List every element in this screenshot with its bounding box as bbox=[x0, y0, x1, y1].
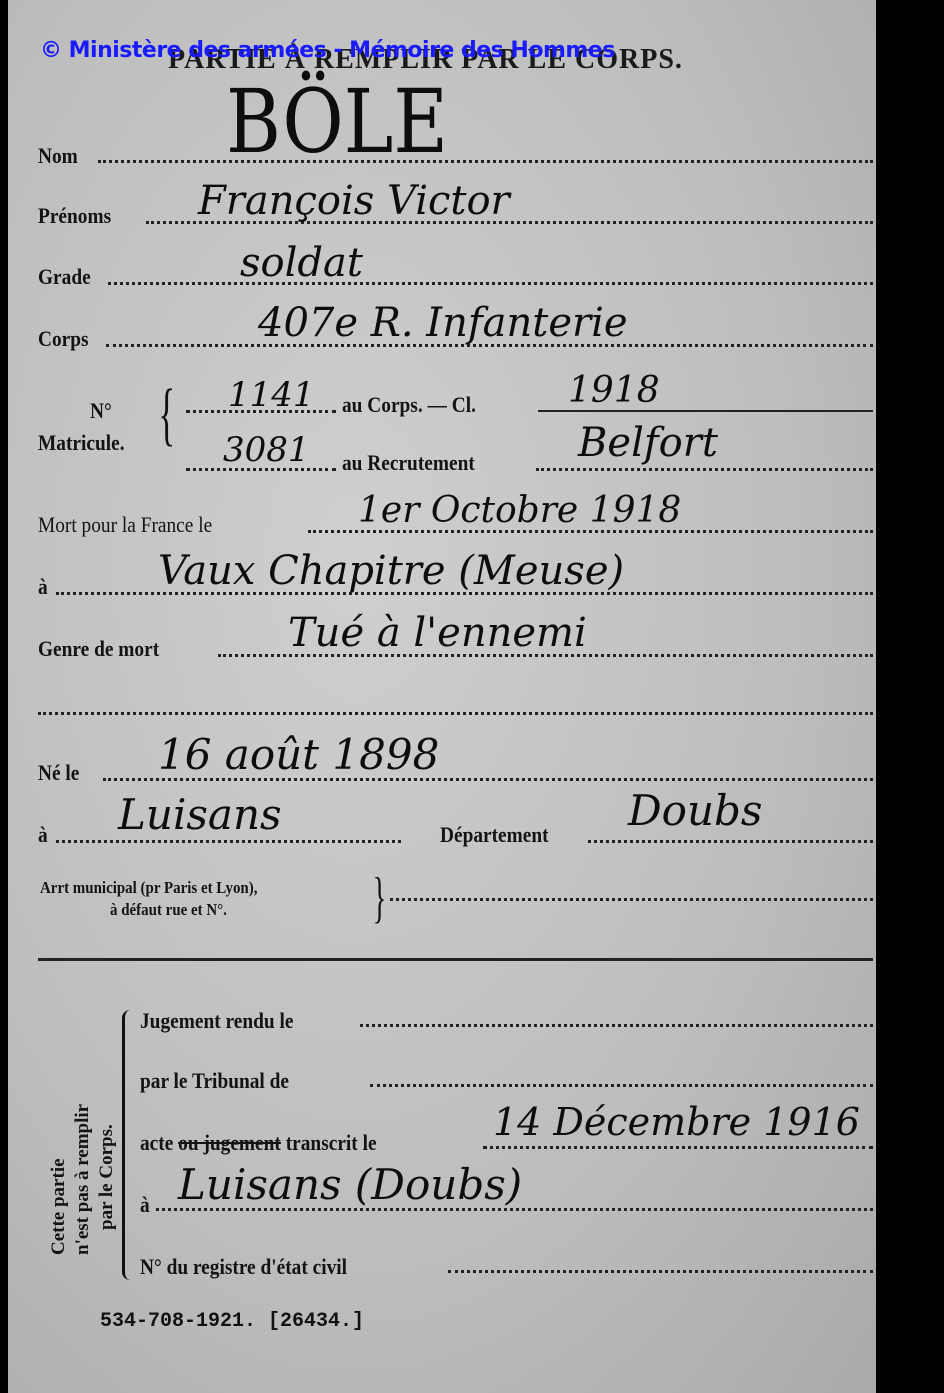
transcrit-a-value: Luisans (Doubs) bbox=[178, 1160, 522, 1209]
nom-line bbox=[98, 160, 873, 163]
nom-value: BÖLE bbox=[226, 70, 448, 173]
departement-label: Département bbox=[440, 822, 549, 848]
registre-line bbox=[448, 1270, 873, 1273]
classe-value: 1918 bbox=[568, 370, 660, 411]
nom-label: Nom bbox=[38, 143, 78, 169]
ne-a-line bbox=[56, 840, 401, 843]
side-note-line-2: n'est pas à remplir bbox=[72, 1104, 94, 1255]
civil-bracket bbox=[122, 1010, 133, 1280]
side-note-line-1: Cette partie bbox=[48, 1158, 70, 1255]
blank-line bbox=[38, 712, 873, 715]
matricule-recrutement-value: 3081 bbox=[223, 430, 310, 470]
tribunal-label: par le Tribunal de bbox=[140, 1068, 289, 1094]
jugement-label: Jugement rendu le bbox=[140, 1008, 293, 1034]
grade-label: Grade bbox=[38, 264, 91, 290]
au-corps-label: au Corps. — Cl. bbox=[342, 392, 476, 418]
death-record-card: PARTIE À REMPLIR PAR LE CORPS. Nom BÖLE … bbox=[8, 0, 876, 1393]
side-note-line-3: par le Corps. bbox=[96, 1124, 118, 1230]
transcrit-line bbox=[483, 1146, 873, 1149]
tribunal-line bbox=[370, 1084, 873, 1087]
ne-le-label: Né le bbox=[38, 760, 79, 786]
registre-label: N° du registre d'état civil bbox=[140, 1254, 347, 1280]
arr-brace: } bbox=[373, 870, 386, 926]
recrutement-value: Belfort bbox=[578, 420, 718, 466]
transcrit-label: acte ou jugement transcrit le bbox=[140, 1130, 377, 1156]
civil-side-note: Cette partie n'est pas à remplir par le … bbox=[48, 1045, 128, 1255]
grade-line bbox=[108, 282, 873, 285]
ne-a-label: à bbox=[38, 822, 48, 848]
ne-a-value: Luisans bbox=[118, 790, 282, 839]
arr-label-1: Arrt municipal (pr Paris et Lyon), bbox=[40, 878, 257, 898]
form-reference: 534-708-1921. [26434.] bbox=[100, 1310, 364, 1333]
ne-le-value: 16 août 1898 bbox=[158, 730, 439, 779]
mort-a-value: Vaux Chapitre (Meuse) bbox=[158, 548, 624, 594]
arr-line bbox=[390, 898, 873, 901]
recrutement-line bbox=[536, 468, 873, 471]
mort-le-value: 1er Octobre 1918 bbox=[358, 490, 681, 531]
prenoms-label: Prénoms bbox=[38, 203, 111, 229]
prenoms-value: François Victor bbox=[198, 178, 510, 224]
section-divider bbox=[38, 958, 873, 961]
mort-le-label: Mort pour la France le bbox=[38, 512, 212, 538]
ou-jugement-struck: ou jugement bbox=[178, 1130, 281, 1155]
jugement-line bbox=[360, 1024, 873, 1027]
genre-mort-label: Genre de mort bbox=[38, 636, 159, 662]
mort-a-label: à bbox=[38, 574, 48, 600]
arr-label-2: à défaut rue et N°. bbox=[110, 900, 227, 920]
transcrit-value: 14 Décembre 1916 bbox=[493, 1100, 860, 1144]
departement-value: Doubs bbox=[628, 786, 762, 835]
copyright-watermark: © Ministère des armées - Mémoire des Hom… bbox=[40, 38, 615, 63]
corps-value: 407e R. Infanterie bbox=[258, 300, 628, 346]
corps-label: Corps bbox=[38, 326, 89, 352]
matricule-label: Matricule. bbox=[38, 430, 125, 456]
transcrit-le-label: transcrit le bbox=[286, 1130, 377, 1155]
acte-label: acte bbox=[140, 1130, 173, 1155]
matricule-corps-value: 1141 bbox=[228, 375, 315, 415]
matricule-brace: { bbox=[158, 380, 175, 450]
departement-line bbox=[588, 840, 873, 843]
transcrit-a-label: à bbox=[140, 1192, 150, 1218]
genre-mort-value: Tué à l'ennemi bbox=[288, 610, 587, 656]
au-recrutement-label: au Recrutement bbox=[342, 450, 475, 476]
grade-value: soldat bbox=[240, 240, 363, 286]
matricule-label-no: N° bbox=[90, 398, 112, 424]
